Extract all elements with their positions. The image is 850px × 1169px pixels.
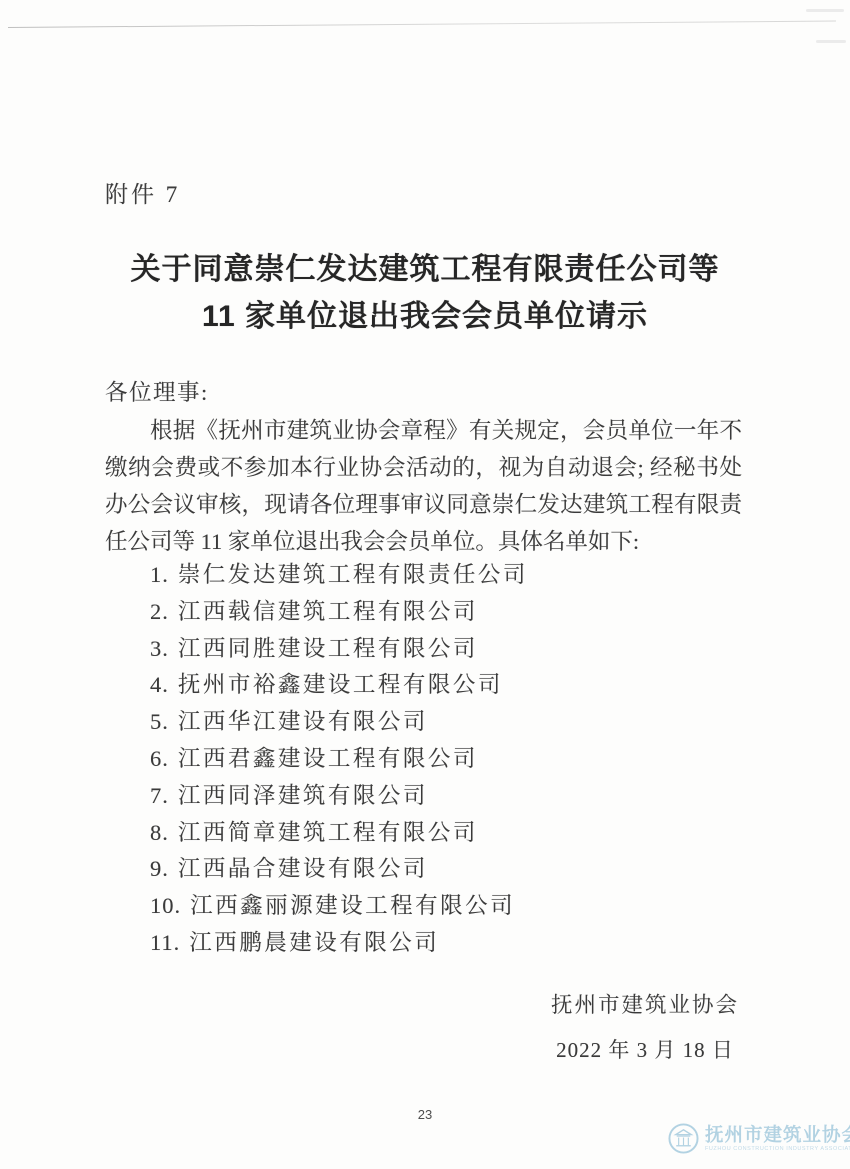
document-title: 关于同意崇仁发达建筑工程有限责任公司等 11 家单位退出我会会员单位请示 <box>0 246 850 340</box>
company-list-item: 9.江西晶合建设有限公司 <box>150 851 528 888</box>
list-item-number: 5. <box>150 709 169 734</box>
signature-block: 抚州市建筑业协会 2022 年 3 月 18 日 <box>545 988 745 1064</box>
company-name: 江西同胜建设工程有限公司 <box>178 636 478 661</box>
company-name: 江西载信建筑工程有限公司 <box>178 599 478 624</box>
scan-artifact-line <box>8 20 836 28</box>
list-item-number: 4. <box>150 672 169 697</box>
list-item-number: 1. <box>150 562 169 587</box>
company-name: 江西简章建筑工程有限公司 <box>178 820 478 845</box>
body-paragraph: 根据《抚州市建筑业协会章程》有关规定，会员单位一年不 缴纳会费或不参加本行业协会… <box>105 412 742 560</box>
company-name: 江西鹏晨建设有限公司 <box>189 930 439 955</box>
company-list-item: 6.江西君鑫建设工程有限公司 <box>150 741 528 778</box>
salutation: 各位理事: <box>105 375 209 407</box>
scan-smudge <box>816 40 846 43</box>
document-page: 附件 7 关于同意崇仁发达建筑工程有限责任公司等 11 家单位退出我会会员单位请… <box>0 0 850 1169</box>
company-list-item: 2.江西载信建筑工程有限公司 <box>150 594 528 631</box>
company-list: 1.崇仁发达建筑工程有限责任公司 2.江西载信建筑工程有限公司 3.江西同胜建设… <box>150 557 528 962</box>
list-item-number: 9. <box>150 856 169 881</box>
list-item-number: 3. <box>150 636 169 661</box>
company-list-item: 5.江西华江建设有限公司 <box>150 704 528 741</box>
association-logo-subtitle: FUZHOU CONSTRUCTION INDUSTRY ASSOCIATION <box>705 1146 850 1152</box>
company-name: 江西鑫丽源建设工程有限公司 <box>190 893 515 918</box>
company-list-item: 8.江西简章建筑工程有限公司 <box>150 815 528 852</box>
signature-organization: 抚州市建筑业协会 <box>545 988 745 1019</box>
company-name: 江西同泽建筑有限公司 <box>178 783 428 808</box>
company-list-item: 7.江西同泽建筑有限公司 <box>150 778 528 815</box>
company-name: 江西君鑫建设工程有限公司 <box>178 746 478 771</box>
building-logo-icon <box>668 1123 699 1154</box>
signature-date: 2022 年 3 月 18 日 <box>545 1034 745 1064</box>
list-item-number: 10. <box>150 893 181 918</box>
attachment-label: 附件 7 <box>105 176 180 209</box>
paragraph-line: 根据《抚州市建筑业协会章程》有关规定，会员单位一年不 <box>105 412 742 449</box>
company-name: 江西华江建设有限公司 <box>178 709 428 734</box>
company-name: 江西晶合建设有限公司 <box>178 856 428 881</box>
list-item-number: 6. <box>150 746 169 771</box>
page-number: 23 <box>0 1107 850 1122</box>
paragraph-line: 任公司等 11 家单位退出我会会员单位。具体名单如下: <box>105 523 742 560</box>
company-list-item: 11.江西鹏晨建设有限公司 <box>150 925 528 962</box>
company-list-item: 3.江西同胜建设工程有限公司 <box>150 631 528 668</box>
scan-smudge <box>806 9 844 12</box>
list-item-number: 2. <box>150 599 169 624</box>
company-list-item: 10.江西鑫丽源建设工程有限公司 <box>150 888 528 925</box>
company-name: 抚州市裕鑫建设工程有限公司 <box>178 672 503 697</box>
association-logo-text: 抚州市建筑业协会 FUZHOU CONSTRUCTION INDUSTRY AS… <box>705 1125 850 1152</box>
list-item-number: 8. <box>150 820 169 845</box>
company-name: 崇仁发达建筑工程有限责任公司 <box>178 562 528 587</box>
paragraph-line: 缴纳会费或不参加本行业协会活动的，视为自动退会; 经秘书处 <box>105 449 742 486</box>
association-logo-name: 抚州市建筑业协会 <box>705 1125 850 1145</box>
association-logo: 抚州市建筑业协会 FUZHOU CONSTRUCTION INDUSTRY AS… <box>668 1123 850 1154</box>
title-line-1: 关于同意崇仁发达建筑工程有限责任公司等 <box>0 246 850 293</box>
company-list-item: 4.抚州市裕鑫建设工程有限公司 <box>150 667 528 704</box>
paragraph-line: 办公会议审核，现请各位理事审议同意崇仁发达建筑工程有限责 <box>105 486 742 523</box>
list-item-number: 11. <box>150 930 180 955</box>
company-list-item: 1.崇仁发达建筑工程有限责任公司 <box>150 557 528 594</box>
title-line-2: 11 家单位退出我会会员单位请示 <box>0 293 850 340</box>
list-item-number: 7. <box>150 783 169 808</box>
